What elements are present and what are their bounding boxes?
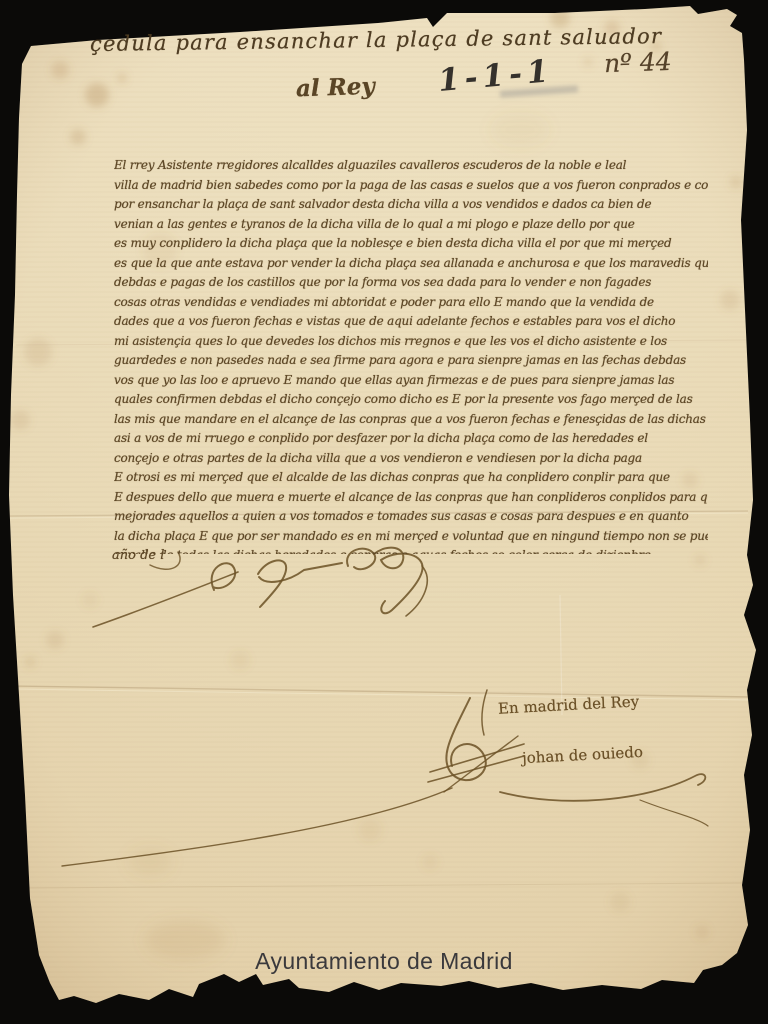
manuscript-line: E otrosi es mi merçed que el alcalde de … xyxy=(114,468,708,488)
manuscript-line: villa de madrid bien sabedes como por la… xyxy=(114,176,708,196)
manuscript-line: debdas e pagas de los castillos que por … xyxy=(114,273,708,293)
manuscript-line: dades que a vos fueron fechas e vistas q… xyxy=(114,312,708,332)
manuscript-line: las mis que mandare en el alcançe de las… xyxy=(114,410,708,430)
manuscript-line: cosas otras vendidas e vendiades mi abto… xyxy=(114,293,708,313)
manuscript-body: El rrey Asistente rregidores alcalldes a… xyxy=(114,156,708,554)
manuscript-line: la dicha plaça E que por ser mandado es … xyxy=(114,527,708,547)
manuscript-line: conçejo e otras partes de la dicha villa… xyxy=(114,449,708,469)
manuscript-line: E despues dello que muera e muerte el al… xyxy=(114,488,708,508)
year-line: año de l xyxy=(112,548,164,563)
manuscript-line: El rrey Asistente rregidores alcalldes a… xyxy=(114,156,708,176)
manuscript-line: asi a vos de mi rruego e conplido por de… xyxy=(114,429,708,449)
manuscript-line: mejorades aquellos a quien a vos tomados… xyxy=(114,507,708,527)
archival-scan-page: çedula para ensanchar la plaça de sant s… xyxy=(0,0,768,1024)
manuscript-line: cavalla de todas las dichas heredades e … xyxy=(114,546,708,554)
manuscript-line: mi asistençia ques lo que devedes los di… xyxy=(114,332,708,352)
manuscript-line: vos que yo las loo e apruevo E mando que… xyxy=(114,371,708,391)
manuscript-line: por ensanchar la plaça de sant salvador … xyxy=(114,195,708,215)
manuscript-line: guardedes e non pasedes nada e sea firme… xyxy=(114,351,708,371)
manuscript-line: venian a las gentes e tyranos de la dich… xyxy=(114,215,708,235)
manuscript-line: quales confirmen debdas el dicho conçejo… xyxy=(114,390,708,410)
manuscript-line: es muy conplidero la dicha plaça que la … xyxy=(114,234,708,254)
addressee-note: al Rey xyxy=(296,73,376,103)
manuscript-line: es que la que ante estava por vender la … xyxy=(114,254,708,274)
document-number: nº 44 xyxy=(604,47,673,78)
archive-watermark-caption: Ayuntamiento de Madrid xyxy=(0,948,768,975)
